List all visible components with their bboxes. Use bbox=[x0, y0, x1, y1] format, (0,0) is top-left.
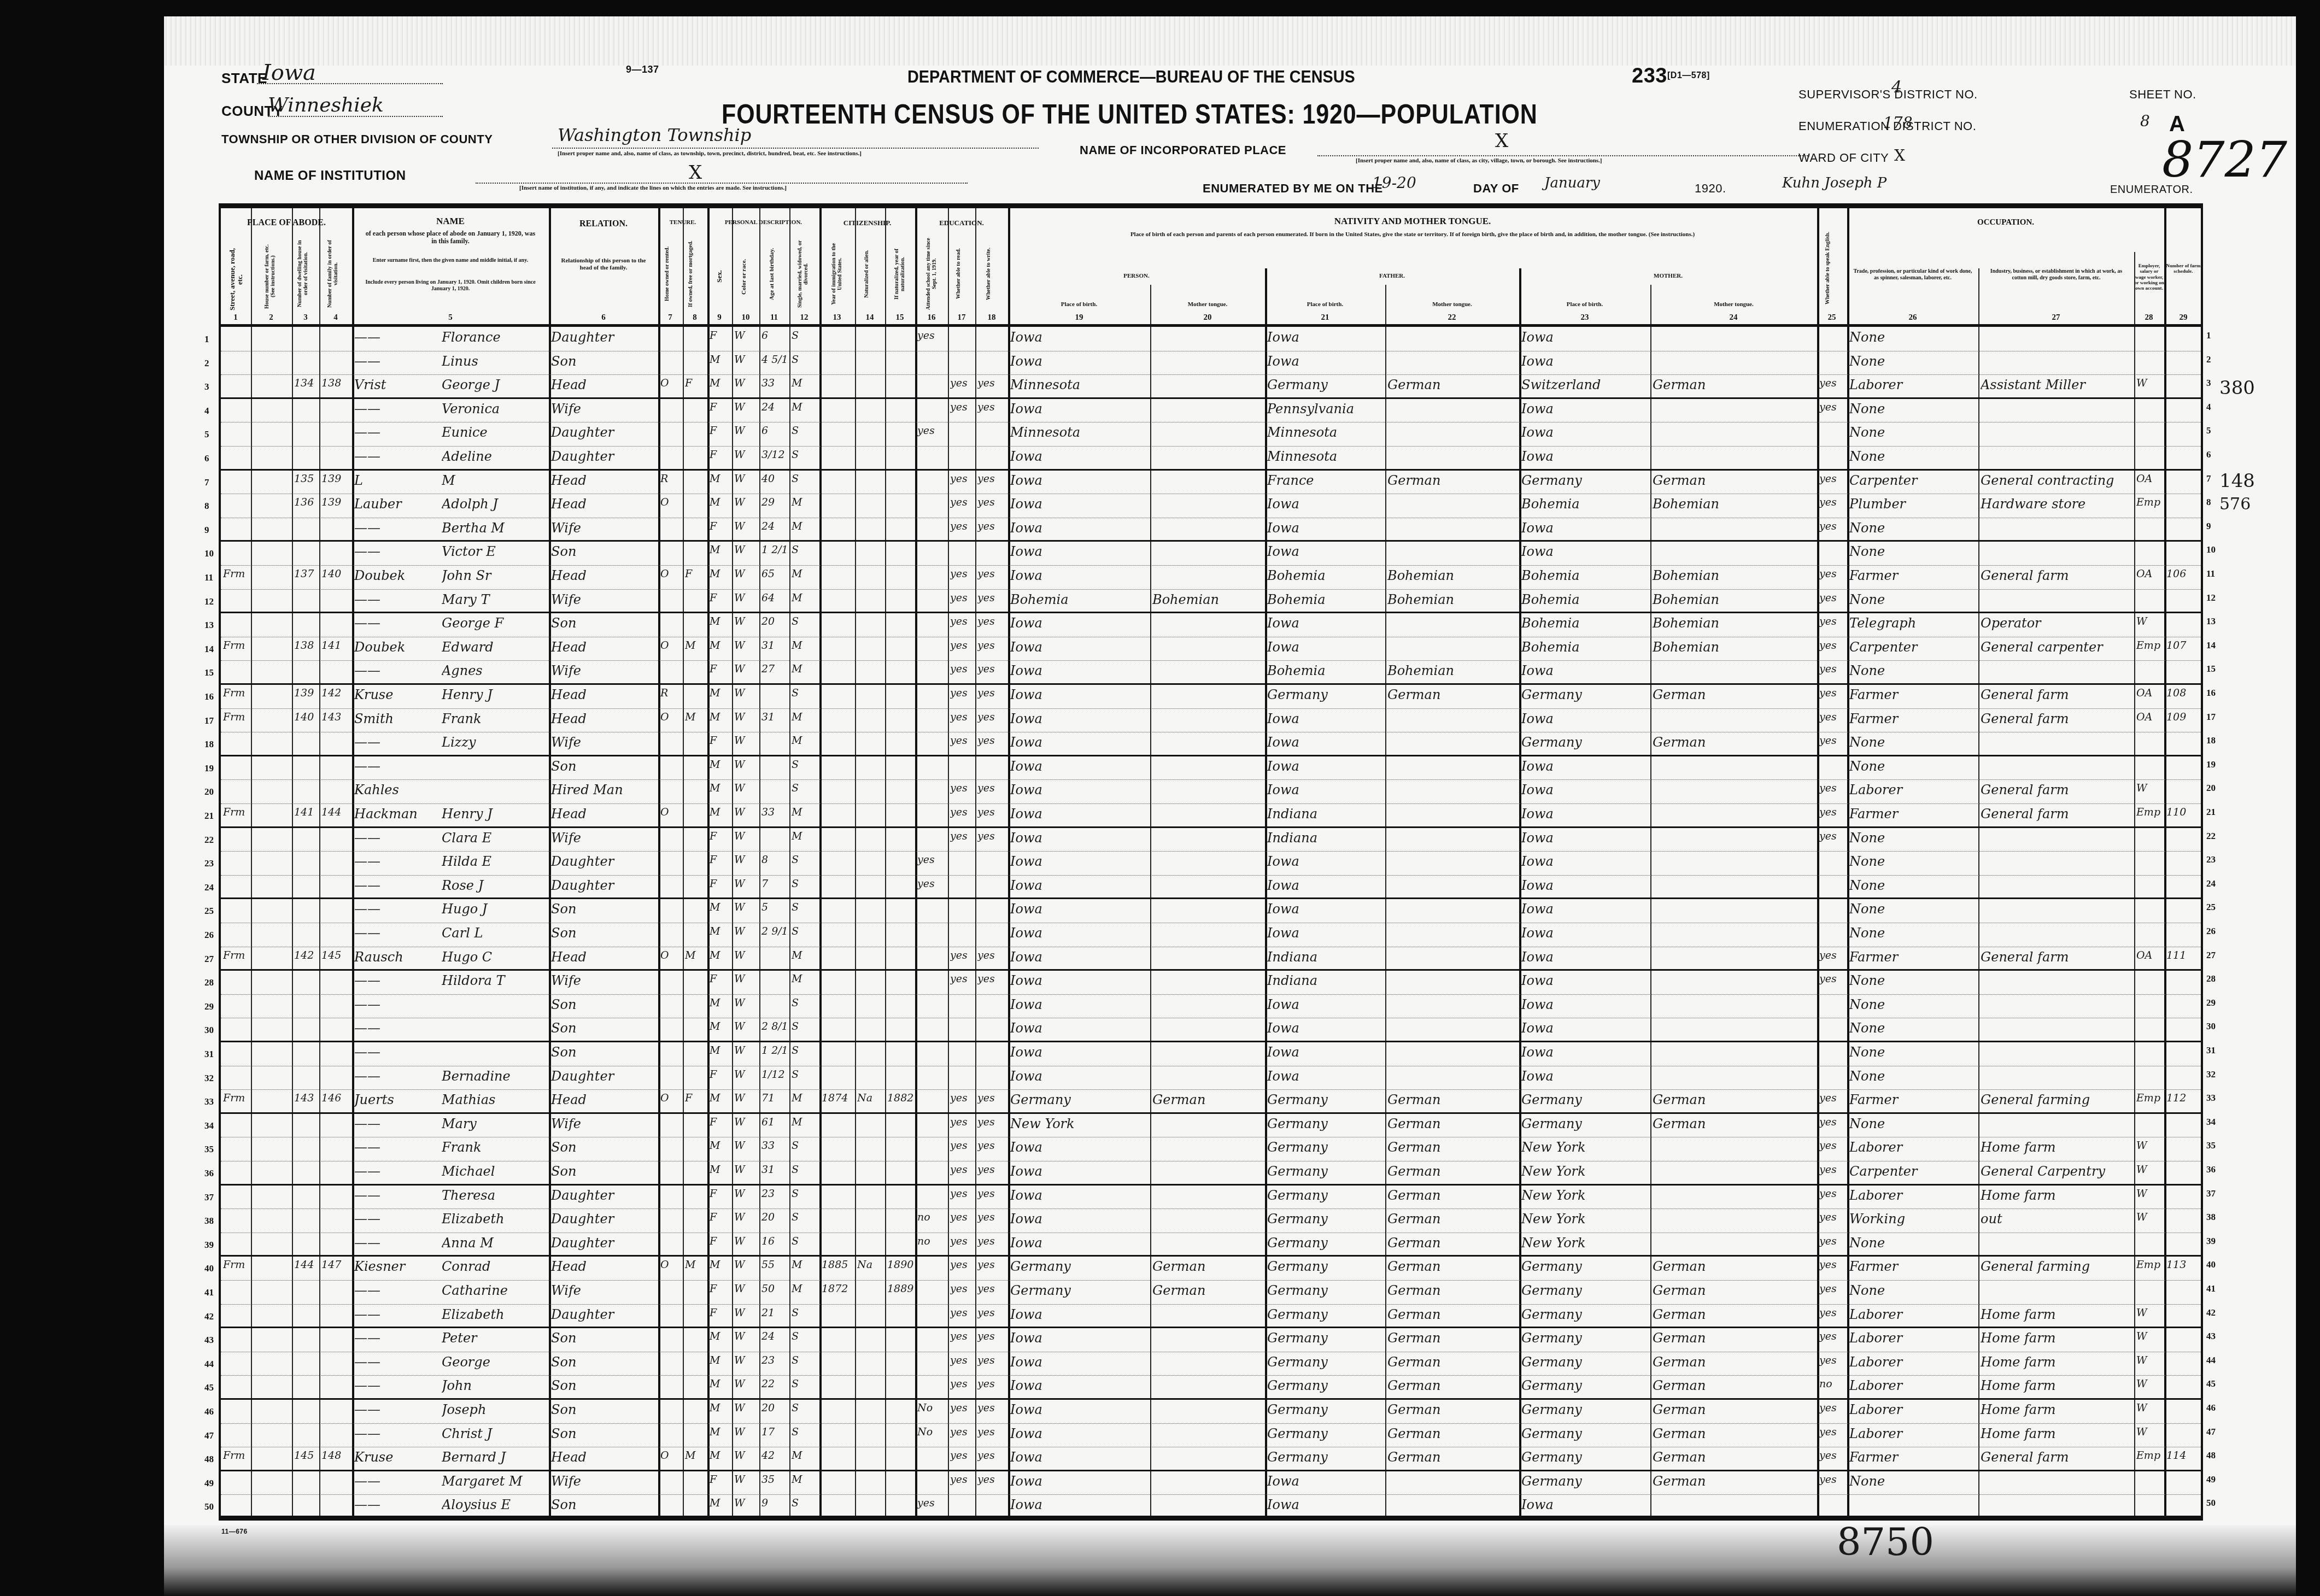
cell-c1: Frm bbox=[223, 639, 250, 652]
cell-sex: M bbox=[710, 354, 731, 366]
line-number: 32 bbox=[204, 1073, 214, 1084]
line-number-right: 15 bbox=[2206, 664, 2216, 674]
cell-surname: —— bbox=[354, 1069, 444, 1084]
table-row: ——MaryWifeFW61MyesyesNew YorkGermanyGerm… bbox=[221, 1114, 2201, 1138]
incorporated-instruction: [Insert proper name and, also, name of c… bbox=[1356, 157, 1602, 164]
cell-c28: W bbox=[2136, 615, 2163, 627]
cell-ms: M bbox=[792, 1474, 818, 1486]
cell-fpob: Iowa bbox=[1267, 854, 1384, 869]
table-row: ——JosephSonMW20SNoyesyesIowaGermanyGerma… bbox=[221, 1400, 2201, 1424]
cell-race: W bbox=[734, 663, 758, 675]
column-number: 23 bbox=[1577, 313, 1593, 322]
table-row: ——George FSonMW20SyesyesIowaIowaBohemiaB… bbox=[221, 613, 2201, 637]
column-number: 28 bbox=[2141, 313, 2157, 322]
cell-ind: Home farm bbox=[1981, 1140, 2133, 1155]
cell-fpob: Germany bbox=[1267, 1450, 1384, 1465]
cell-c25: yes bbox=[1819, 520, 1846, 532]
cell-c7: O bbox=[660, 711, 682, 723]
cell-sex: M bbox=[710, 377, 731, 389]
county-value: Winneshiek bbox=[268, 94, 384, 116]
cell-pob: Iowa bbox=[1010, 1497, 1149, 1512]
cell-mpob: Bohemia bbox=[1521, 639, 1649, 655]
cell-c28: W bbox=[2136, 1378, 2163, 1390]
cell-c18: yes bbox=[977, 1354, 1007, 1366]
cell-rel: Son bbox=[551, 1497, 657, 1512]
header-industry: Industry, business, or establishment in … bbox=[1984, 268, 2129, 281]
table-row: ——VeronicaWifeFW24MyesyesIowaPennsylvani… bbox=[221, 399, 2201, 423]
cell-pob: Iowa bbox=[1010, 354, 1149, 369]
cell-rel: Daughter bbox=[551, 449, 657, 464]
cell-c3: 140 bbox=[294, 711, 318, 723]
cell-age: 65 bbox=[761, 568, 788, 580]
header-father: FATHER. bbox=[1265, 273, 1519, 280]
cell-mmt: German bbox=[1653, 377, 1816, 392]
cell-c25: yes bbox=[1819, 735, 1846, 747]
cell-fmt: German bbox=[1387, 1330, 1518, 1346]
column-number: 7 bbox=[662, 313, 678, 322]
line-number-right: 32 bbox=[2206, 1069, 2216, 1080]
cell-surname: —— bbox=[354, 1497, 444, 1512]
cell-rel: Daughter bbox=[551, 878, 657, 893]
cell-occ: None bbox=[1849, 330, 1977, 345]
column-number: 18 bbox=[983, 313, 1000, 322]
cell-ms: S bbox=[792, 1069, 818, 1081]
cell-surname: —— bbox=[354, 1426, 444, 1441]
cell-given: Mary bbox=[442, 1116, 548, 1131]
cell-surname: —— bbox=[354, 1020, 444, 1036]
line-number: 39 bbox=[204, 1240, 214, 1251]
cell-c4: 143 bbox=[321, 711, 351, 723]
cell-c28: W bbox=[2136, 1330, 2163, 1342]
cell-rel: Wife bbox=[551, 830, 657, 846]
table-row: ——Hugo JSonMW5SIowaIowaIowaNone25 bbox=[221, 899, 2201, 923]
cell-age: 35 bbox=[761, 1474, 788, 1486]
cell-age: 50 bbox=[761, 1283, 788, 1295]
census-table: PLACE OF ABODE. NAME of each person whos… bbox=[219, 203, 2203, 1521]
cell-surname: —— bbox=[354, 1330, 444, 1346]
cell-age: 8 bbox=[761, 854, 788, 866]
cell-c13: 1885 bbox=[822, 1259, 854, 1271]
cell-race: W bbox=[734, 1069, 758, 1081]
cell-c4: 139 bbox=[321, 496, 351, 508]
line-number: 11 bbox=[204, 572, 213, 583]
cell-age: 6 bbox=[761, 425, 788, 437]
cell-pob: Iowa bbox=[1010, 830, 1149, 846]
cell-pob: Iowa bbox=[1010, 806, 1149, 822]
cell-age: 31 bbox=[761, 1164, 788, 1176]
cell-c25: yes bbox=[1819, 1140, 1846, 1152]
cell-c29: 111 bbox=[2166, 949, 2201, 961]
cell-given: Henry J bbox=[442, 687, 548, 702]
cell-mpob: Iowa bbox=[1521, 354, 1649, 369]
cell-race: W bbox=[734, 639, 758, 652]
line-number-right: 5 bbox=[2206, 425, 2211, 436]
cell-fpob: Germany bbox=[1267, 1116, 1384, 1131]
table-row: KahlesHired ManMWSyesyesIowaIowaIowayesL… bbox=[221, 780, 2201, 804]
cell-race: W bbox=[734, 1426, 758, 1438]
cell-surname: —— bbox=[354, 1378, 444, 1393]
line-number: 9 bbox=[204, 525, 209, 536]
cell-given: Hugo J bbox=[442, 901, 548, 917]
cell-race: W bbox=[734, 1045, 758, 1057]
cell-race: W bbox=[734, 1330, 758, 1342]
cell-sex: M bbox=[710, 639, 731, 652]
cell-c8: M bbox=[685, 1259, 706, 1271]
cell-mmt: German bbox=[1653, 1354, 1816, 1370]
cell-pob: Iowa bbox=[1010, 615, 1149, 631]
cell-fmt: German bbox=[1387, 1378, 1518, 1393]
cell-sex: M bbox=[710, 1045, 731, 1057]
cell-rel: Head bbox=[551, 496, 657, 512]
cell-occ: Farmer bbox=[1849, 806, 1977, 822]
header-immigration: Year of immigration to the United States… bbox=[831, 236, 843, 312]
line-number: 1 bbox=[204, 334, 209, 345]
cell-occ: None bbox=[1849, 973, 1977, 988]
margin-note-row8: 576 bbox=[2219, 495, 2251, 514]
cell-mpob: Germany bbox=[1521, 735, 1649, 750]
cell-fpob: Germany bbox=[1267, 1211, 1384, 1227]
cell-mpob: Iowa bbox=[1521, 949, 1649, 965]
cell-ms: S bbox=[792, 1330, 818, 1342]
cell-sex: F bbox=[710, 663, 731, 675]
cell-occ: None bbox=[1849, 1045, 1977, 1060]
cell-ms: M bbox=[792, 1450, 818, 1462]
cell-ind: General farming bbox=[1981, 1259, 2133, 1274]
ed-value: 178 bbox=[1883, 114, 1912, 132]
cell-c17: yes bbox=[950, 1211, 974, 1223]
cell-sex: M bbox=[710, 949, 731, 961]
cell-fpob: Germany bbox=[1267, 1259, 1384, 1274]
cell-c18: yes bbox=[977, 1426, 1007, 1438]
cell-rel: Head bbox=[551, 1450, 657, 1465]
cell-fpob: Germany bbox=[1267, 1235, 1384, 1251]
cell-age: 20 bbox=[761, 1211, 788, 1223]
cell-fmt: German bbox=[1387, 1450, 1518, 1465]
table-row: ——CatharineWifeFW50M18721889yesyesGerman… bbox=[221, 1281, 2201, 1305]
header-personal: PERSONAL DESCRIPTION. bbox=[707, 219, 819, 226]
table-row: ——SonMWSIowaIowaIowaNone19 bbox=[221, 756, 2201, 781]
cell-c25: yes bbox=[1819, 711, 1846, 723]
cell-mmt: German bbox=[1653, 1259, 1816, 1274]
cell-given: Hugo C bbox=[442, 949, 548, 965]
cell-fpob: Germany bbox=[1267, 1140, 1384, 1155]
table-row: ——Clara EWifeFWMyesyesIowaIndianaIowayes… bbox=[221, 828, 2201, 852]
cell-race: W bbox=[734, 615, 758, 627]
cell-c18: yes bbox=[977, 782, 1007, 794]
cell-age: 3/12 bbox=[761, 449, 788, 461]
cell-c29: 112 bbox=[2166, 1092, 2201, 1104]
enumerated-month: January bbox=[1544, 175, 1600, 191]
cell-given: Aloysius E bbox=[442, 1497, 548, 1512]
cell-race: W bbox=[734, 925, 758, 937]
line-number-right: 48 bbox=[2206, 1450, 2216, 1461]
cell-occ: Farmer bbox=[1849, 687, 1977, 702]
cell-age: 61 bbox=[761, 1116, 788, 1128]
cell-mt: Bohemian bbox=[1152, 592, 1264, 607]
line-number-right: 26 bbox=[2206, 926, 2216, 937]
cell-ms: S bbox=[792, 1140, 818, 1152]
line-number: 31 bbox=[204, 1049, 214, 1060]
cell-c8: M bbox=[685, 949, 706, 961]
cell-occ: Carpenter bbox=[1849, 1164, 1977, 1179]
cell-surname: —— bbox=[354, 592, 444, 607]
cell-surname: —— bbox=[354, 1283, 444, 1298]
cell-sex: M bbox=[710, 997, 731, 1009]
line-number-right: 37 bbox=[2206, 1188, 2216, 1199]
column-number: 27 bbox=[2048, 313, 2064, 322]
cell-surname: —— bbox=[354, 1307, 444, 1322]
cell-c18: yes bbox=[977, 711, 1007, 723]
cell-c25: yes bbox=[1819, 1211, 1846, 1223]
column-number: 25 bbox=[1824, 313, 1840, 322]
cell-rel: Son bbox=[551, 925, 657, 941]
cell-mmt: German bbox=[1653, 1378, 1816, 1393]
cell-c17: yes bbox=[950, 1164, 974, 1176]
cell-race: W bbox=[734, 425, 758, 437]
cell-age: 20 bbox=[761, 615, 788, 627]
cell-sex: M bbox=[710, 1450, 731, 1462]
cell-given: Mathias bbox=[442, 1092, 548, 1107]
header-read: Whether able to read. bbox=[956, 236, 962, 312]
cell-fpob: Iowa bbox=[1267, 496, 1384, 512]
cell-rel: Head bbox=[551, 687, 657, 702]
cell-c14: Na bbox=[857, 1259, 884, 1271]
line-number-right: 45 bbox=[2206, 1378, 2216, 1389]
cell-pob: Iowa bbox=[1010, 1474, 1149, 1489]
cell-c4: 148 bbox=[321, 1450, 351, 1462]
cell-given: George J bbox=[442, 377, 548, 392]
cell-pob: Iowa bbox=[1010, 1164, 1149, 1179]
column-number: 6 bbox=[595, 313, 612, 322]
cell-sex: M bbox=[710, 1259, 731, 1271]
cell-rel: Head bbox=[551, 806, 657, 822]
cell-fmt: German bbox=[1387, 1164, 1518, 1179]
cell-sex: M bbox=[710, 1402, 731, 1414]
cell-rel: Son bbox=[551, 1378, 657, 1393]
table-row: ——FrankSonMW33SyesyesIowaGermanyGermanNe… bbox=[221, 1137, 2201, 1161]
cell-ms: S bbox=[792, 544, 818, 556]
cell-fpob: Germany bbox=[1267, 1188, 1384, 1203]
cell-fmt: German bbox=[1387, 377, 1518, 392]
cell-sex: F bbox=[710, 520, 731, 532]
cell-c17: yes bbox=[950, 735, 974, 747]
cell-c25: yes bbox=[1819, 473, 1846, 485]
cell-given: John bbox=[442, 1378, 548, 1393]
cell-mmt: Bohemian bbox=[1653, 615, 1816, 631]
cell-mpob: Iowa bbox=[1521, 1020, 1649, 1036]
cell-ms: S bbox=[792, 854, 818, 866]
cell-age: 23 bbox=[761, 1188, 788, 1200]
table-row: 135139LMHeadRMW40SyesyesIowaFranceGerman… bbox=[221, 471, 2201, 495]
cell-mmt: German bbox=[1653, 1330, 1816, 1346]
incorporated-label: NAME OF INCORPORATED PLACE bbox=[1080, 143, 1286, 157]
cell-fpob: Minnesota bbox=[1267, 449, 1384, 464]
cell-fmt: German bbox=[1387, 1354, 1518, 1370]
line-number-right: 30 bbox=[2206, 1021, 2216, 1032]
cell-mmt: German bbox=[1653, 687, 1816, 702]
table-row: ——Christ JSonMW17SNoyesyesIowaGermanyGer… bbox=[221, 1424, 2201, 1448]
cell-fpob: Germany bbox=[1267, 1426, 1384, 1441]
cell-surname: Doubek bbox=[354, 639, 444, 655]
cell-age: 31 bbox=[761, 711, 788, 723]
cell-mt: German bbox=[1152, 1259, 1264, 1274]
cell-occ: Laborer bbox=[1849, 1378, 1977, 1393]
cell-ind: out bbox=[1981, 1211, 2133, 1227]
line-number: 30 bbox=[204, 1025, 214, 1036]
cell-c28: W bbox=[2136, 1164, 2163, 1176]
line-number-right: 1 bbox=[2206, 330, 2211, 341]
cell-surname: —— bbox=[354, 830, 444, 846]
cell-given: Hildora T bbox=[442, 973, 548, 988]
line-number-right: 8 bbox=[2206, 497, 2211, 508]
cell-sex: M bbox=[710, 711, 731, 723]
cell-c28: W bbox=[2136, 1402, 2163, 1414]
cell-occ: Laborer bbox=[1849, 1188, 1977, 1203]
line-number: 14 bbox=[204, 644, 214, 655]
header-mt-father: Mother tongue. bbox=[1385, 301, 1519, 308]
cell-ms: M bbox=[792, 639, 818, 652]
cell-mmt: Bohemian bbox=[1653, 639, 1816, 655]
cell-c17: yes bbox=[950, 1378, 974, 1390]
cell-fpob: Germany bbox=[1267, 1330, 1384, 1346]
line-number-right: 13 bbox=[2206, 616, 2216, 627]
cell-c25: yes bbox=[1819, 1092, 1846, 1104]
line-number-right: 19 bbox=[2206, 759, 2216, 770]
cell-surname: Smith bbox=[354, 711, 444, 726]
cell-fpob: Iowa bbox=[1267, 901, 1384, 917]
cell-c3: 138 bbox=[294, 639, 318, 652]
cell-rel: Son bbox=[551, 1164, 657, 1179]
line-number-right: 38 bbox=[2206, 1212, 2216, 1223]
cell-fpob: Germany bbox=[1267, 1283, 1384, 1298]
cell-rel: Head bbox=[551, 568, 657, 583]
cell-race: W bbox=[734, 1378, 758, 1390]
table-row: ——AgnesWifeFW27MyesyesIowaBohemiaBohemia… bbox=[221, 661, 2201, 685]
cell-c29: 114 bbox=[2166, 1450, 2201, 1462]
cell-pob: Iowa bbox=[1010, 496, 1149, 512]
cell-surname: —— bbox=[354, 1474, 444, 1489]
cell-race: W bbox=[734, 973, 758, 985]
cell-sex: M bbox=[710, 1164, 731, 1176]
cell-ms: M bbox=[792, 735, 818, 747]
cell-race: W bbox=[734, 711, 758, 723]
cell-given: Bernadine bbox=[442, 1069, 548, 1084]
cell-ind: General contracting bbox=[1981, 473, 2133, 488]
cell-ind: General Carpentry bbox=[1981, 1164, 2133, 1179]
cell-mpob: Germany bbox=[1521, 1450, 1649, 1465]
cell-given: Eunice bbox=[442, 425, 548, 440]
cell-ind: Home farm bbox=[1981, 1378, 2133, 1393]
cell-c17: yes bbox=[950, 1140, 974, 1152]
cell-age: 22 bbox=[761, 1378, 788, 1390]
cell-rel: Daughter bbox=[551, 1307, 657, 1322]
cell-race: W bbox=[734, 330, 758, 342]
cell-c17: yes bbox=[950, 568, 974, 580]
cell-rel: Daughter bbox=[551, 330, 657, 345]
cell-c3: 134 bbox=[294, 377, 318, 389]
cell-ind: Hardware store bbox=[1981, 496, 2133, 512]
line-number: 19 bbox=[204, 763, 214, 774]
cell-occ: Carpenter bbox=[1849, 639, 1977, 655]
line-number-right: 36 bbox=[2206, 1164, 2216, 1175]
cell-rel: Son bbox=[551, 1402, 657, 1417]
line-number: 38 bbox=[204, 1216, 214, 1227]
cell-c18: yes bbox=[977, 1116, 1007, 1128]
cell-c25: yes bbox=[1819, 782, 1846, 794]
cell-surname: Vrist bbox=[354, 377, 444, 392]
line-number-right: 49 bbox=[2206, 1474, 2216, 1485]
cell-c25: yes bbox=[1819, 496, 1846, 508]
cell-race: W bbox=[734, 1211, 758, 1223]
cell-c25: yes bbox=[1819, 1283, 1846, 1295]
cell-occ: None bbox=[1849, 925, 1977, 941]
cell-c8: M bbox=[685, 639, 706, 652]
cell-c7: O bbox=[660, 806, 682, 818]
cell-ind: General farm bbox=[1981, 687, 2133, 702]
cell-surname: —— bbox=[354, 520, 444, 536]
cell-fpob: Iowa bbox=[1267, 354, 1384, 369]
cell-given: Adeline bbox=[442, 449, 548, 464]
cell-race: W bbox=[734, 592, 758, 604]
line-number-right: 43 bbox=[2206, 1331, 2216, 1342]
institution-instruction: [Insert name of institution, if any, and… bbox=[519, 185, 787, 191]
cell-rel: Wife bbox=[551, 401, 657, 416]
cell-race: W bbox=[734, 1307, 758, 1319]
cell-pob: Iowa bbox=[1010, 973, 1149, 988]
cell-mpob: Germany bbox=[1521, 1402, 1649, 1417]
cell-occ: None bbox=[1849, 592, 1977, 607]
table-row: ——SonMW1 2/12SIowaIowaIowaNone31 bbox=[221, 1042, 2201, 1066]
cell-race: W bbox=[734, 401, 758, 413]
cell-age: 42 bbox=[761, 1450, 788, 1462]
cell-fpob: Indiana bbox=[1267, 806, 1384, 822]
cell-surname: —— bbox=[354, 1164, 444, 1179]
cell-pob: Bohemia bbox=[1010, 592, 1149, 607]
cell-age: 33 bbox=[761, 1140, 788, 1152]
enumerated-label: ENUMERATED BY ME ON THE bbox=[1203, 181, 1383, 196]
cell-fmt: German bbox=[1387, 1235, 1518, 1251]
cell-c1: Frm bbox=[223, 568, 250, 580]
cell-sex: F bbox=[710, 854, 731, 866]
cell-mpob: New York bbox=[1521, 1188, 1649, 1203]
cell-pob: Iowa bbox=[1010, 1235, 1149, 1251]
cell-race: W bbox=[734, 759, 758, 771]
table-row: Frm138141DoubekEdwardHeadOMMW31MyesyesIo… bbox=[221, 637, 2201, 661]
line-number: 3 bbox=[204, 382, 209, 392]
cell-occ: Working bbox=[1849, 1211, 1977, 1227]
cell-surname: Kahles bbox=[354, 782, 444, 797]
cell-occ: Laborer bbox=[1849, 1426, 1977, 1441]
cell-given: Joseph bbox=[442, 1402, 548, 1417]
cell-ms: S bbox=[792, 473, 818, 485]
cell-pob: Iowa bbox=[1010, 401, 1149, 416]
cell-c7: O bbox=[660, 1259, 682, 1271]
cell-age: 27 bbox=[761, 663, 788, 675]
cell-sex: M bbox=[710, 615, 731, 627]
cell-age: 33 bbox=[761, 377, 788, 389]
cell-mpob: New York bbox=[1521, 1140, 1649, 1155]
sheet-value: 8 bbox=[2140, 112, 2150, 130]
cell-fpob: Iowa bbox=[1267, 330, 1384, 345]
cell-occ: None bbox=[1849, 544, 1977, 559]
cell-ind: Home farm bbox=[1981, 1330, 2133, 1346]
line-number: 45 bbox=[204, 1382, 214, 1393]
cell-pob: Iowa bbox=[1010, 997, 1149, 1012]
cell-ms: S bbox=[792, 1211, 818, 1223]
cell-ms: M bbox=[792, 1092, 818, 1104]
line-number: 50 bbox=[204, 1501, 214, 1512]
table-row: ——Rose JDaughterFW7SyesIowaIowaIowaNone2… bbox=[221, 876, 2201, 900]
